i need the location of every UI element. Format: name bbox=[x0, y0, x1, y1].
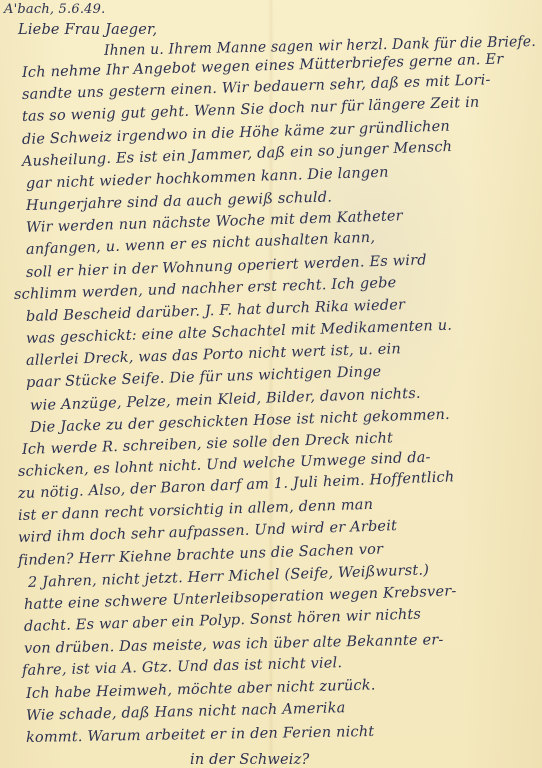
letter-line: in der Schweiz? bbox=[190, 752, 309, 768]
place-date: A'bach, 5.6.49. bbox=[4, 2, 105, 17]
salutation: Liebe Frau Jaeger, bbox=[18, 22, 157, 38]
